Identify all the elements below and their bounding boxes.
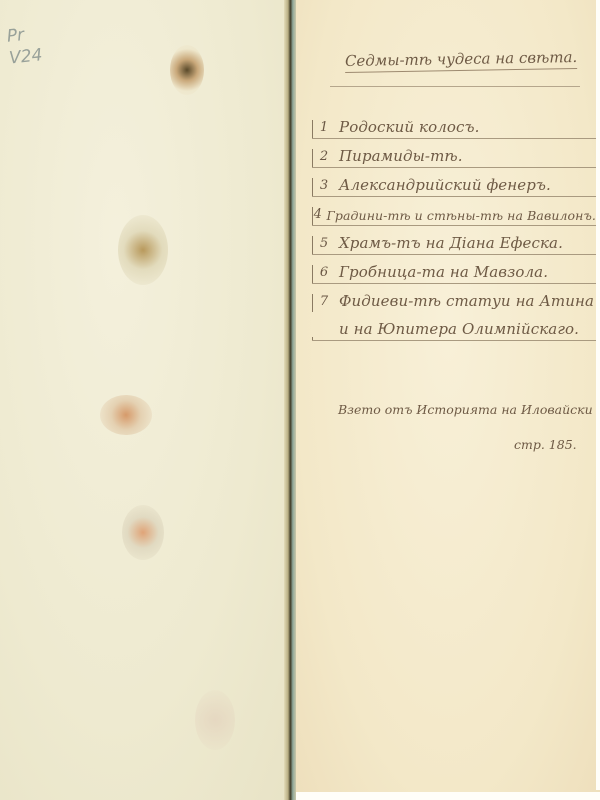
list-item: 6 Гробница-та на Мавзола. (312, 255, 596, 284)
item-text: Градини-тѣ и стѣны-тѣ на Вавилонъ. (322, 208, 596, 225)
manuscript-spread: Pr V24 Седмы-тѣ чудеса на свѣта. 1 Родос… (0, 0, 600, 800)
item-number: 3 (312, 178, 335, 196)
item-number: 7 (312, 294, 335, 312)
item-text: Гробница-та на Мавзола. (335, 263, 548, 283)
foxing-stain (118, 215, 168, 285)
list-item: 4 Градини-тѣ и стѣны-тѣ на Вавилонъ. (312, 197, 596, 226)
source-note: Взето отъ Историята на Иловайски (338, 402, 593, 417)
item-text: Пирамиды-тѣ. (335, 147, 463, 167)
list-item: 5 Храмъ-тъ на Діана Ефеска. (312, 226, 596, 255)
item-number: 1 (312, 120, 335, 138)
item-number: 2 (312, 149, 335, 167)
list-item: 1 Родоский колосъ. (312, 110, 596, 139)
page-title: Седмы-тѣ чудеса на свѣта. (345, 48, 578, 73)
list-item: 7 Фидиеви-тѣ статуи на Атина (312, 284, 596, 312)
foxing-stain (100, 395, 152, 435)
item-text: Фидиеви-тѣ статуи на Атина (335, 292, 594, 312)
foxing-stain (122, 505, 164, 560)
item-text: Родоский колосъ. (335, 118, 479, 138)
page-edge (596, 0, 600, 790)
item-number: 5 (312, 236, 335, 254)
list-item: 2 Пирамиды-тѣ. (312, 139, 596, 168)
item-text: Александрийский фенеръ. (335, 176, 551, 196)
item-text: Храмъ-тъ на Діана Ефеска. (335, 234, 563, 254)
item-number: 4 (312, 207, 322, 225)
list-item: 3 Александрийский фенеръ. (312, 168, 596, 197)
ink-blot-stain (170, 45, 204, 95)
item-number (312, 337, 335, 340)
faint-stain (195, 690, 235, 750)
pencil-shelfmark: Pr V24 (6, 22, 44, 69)
title-rule (330, 86, 580, 87)
item-number: 6 (312, 265, 335, 283)
wonders-list: 1 Родоский колосъ. 2 Пирамиды-тѣ. 3 Алек… (312, 110, 596, 341)
page-reference: стр. 185. (514, 437, 577, 452)
item-text: и на Юпитера Олимпійскаго. (335, 320, 579, 340)
list-item-continuation: и на Юпитера Олимпійскаго. (312, 312, 596, 341)
page-edge (296, 792, 600, 800)
left-page: Pr V24 (0, 0, 290, 800)
shelfmark-line-2: V24 (8, 44, 43, 69)
